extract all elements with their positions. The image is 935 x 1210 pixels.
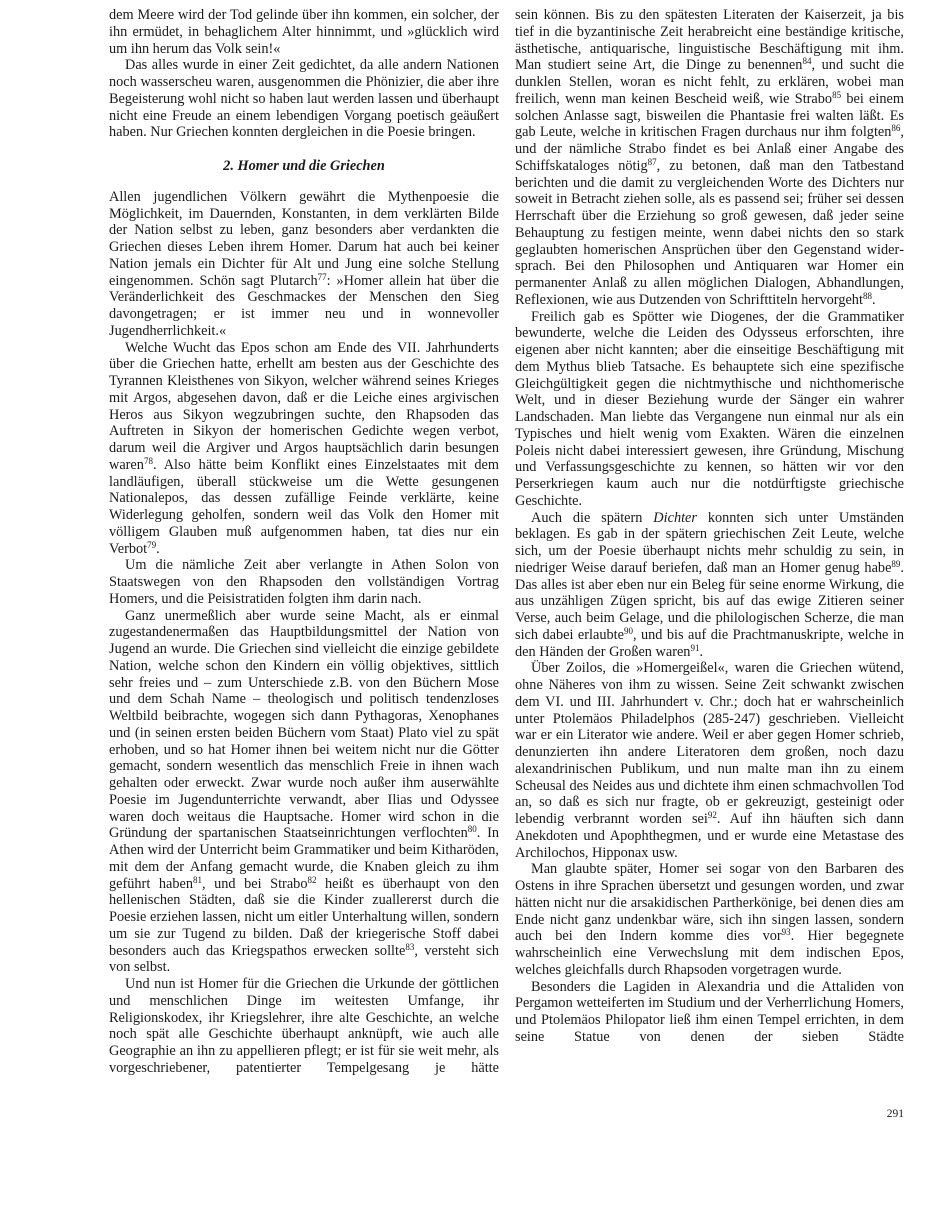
paragraph: dem Meere wird der Tod gelinde über ihn … <box>109 7 499 57</box>
left-text-column: dem Meere wird der Tod gelinde über ihn … <box>109 7 499 1077</box>
paragraph: Und nun ist Homer für die Griechen die U… <box>109 976 499 1077</box>
paragraph-text: Besonders die Lagiden in Alexandria und … <box>515 979 904 1045</box>
page-number: 291 <box>860 1108 904 1120</box>
footnote-ref: 88 <box>863 291 872 301</box>
paragraph-text: Welche Wucht das Epos schon am Ende des … <box>109 340 499 473</box>
footnote-ref: 80 <box>468 824 477 834</box>
paragraph-text: dem Meere wird der Tod gelinde über ihn … <box>109 7 499 57</box>
paragraph: Über Zoilos, die »Homergeißel«, waren di… <box>515 660 904 861</box>
footnote-ref: 83 <box>405 942 414 952</box>
paragraph-text: . <box>872 292 876 308</box>
paragraph: Ganz unermeßlich aber wurde seine Macht,… <box>109 608 499 977</box>
paragraph: Freilich gab es Spötter wie Diogenes, de… <box>515 309 904 510</box>
footnote-ref: 85 <box>832 90 841 100</box>
footnote-ref: 78 <box>144 456 153 466</box>
paragraph-text: . Also hätte beim Konflikt eines Einzels… <box>109 457 499 557</box>
footnote-ref: 87 <box>648 157 657 167</box>
paragraph-text: , zu be­tonen, daß man den Tatbestand be… <box>515 158 904 308</box>
footnote-ref: 90 <box>624 626 633 636</box>
paragraph-text: Und nun ist Homer für die Griechen die U… <box>109 976 499 1076</box>
paragraph-text: . <box>156 541 160 557</box>
footnote-ref: 81 <box>193 875 202 885</box>
paragraph-text: Freilich gab es Spötter wie Diogenes, de… <box>515 309 904 509</box>
footnote-ref: 92 <box>708 810 717 820</box>
paragraph: Man glaubte später, Homer sei sogar von … <box>515 861 904 978</box>
paragraph: sein können. Bis zu den spätesten Litera… <box>515 7 904 309</box>
right-text-column: sein können. Bis zu den spätesten Litera… <box>515 7 904 1046</box>
paragraph: Um die nämliche Zeit aber verlangte in A… <box>109 557 499 607</box>
paragraph-text: Um die nämliche Zeit aber verlangte in A… <box>109 557 499 607</box>
paragraph-text: Das alles wurde in einer Zeit gedichtet,… <box>109 57 499 140</box>
paragraph: Welche Wucht das Epos schon am Ende des … <box>109 340 499 558</box>
footnote-ref: 77 <box>318 272 327 282</box>
paragraph: Auch die spätern Dichter konnten sich un… <box>515 510 904 661</box>
paragraph: Besonders die Lagiden in Alexandria und … <box>515 979 904 1046</box>
paragraph: Allen jugendlichen Völkern gewährt die M… <box>109 189 499 340</box>
paragraph: Das alles wurde in einer Zeit gedichtet,… <box>109 57 499 141</box>
emphasized-word: Dichter <box>653 510 697 526</box>
footnote-ref: 93 <box>782 927 791 937</box>
paragraph-text: Über Zoilos, die »Homergeißel«, waren di… <box>515 660 904 827</box>
paragraph-text: . <box>699 644 703 660</box>
paragraph-text: , und bei Strabo <box>202 876 307 892</box>
footnote-ref: 79 <box>147 540 156 550</box>
paragraph-text: Auch die spätern <box>531 510 653 526</box>
paragraph-text: Ganz unermeßlich aber wurde seine Macht,… <box>109 608 499 842</box>
section-heading: 2. Homer und die Griechen <box>109 158 499 175</box>
